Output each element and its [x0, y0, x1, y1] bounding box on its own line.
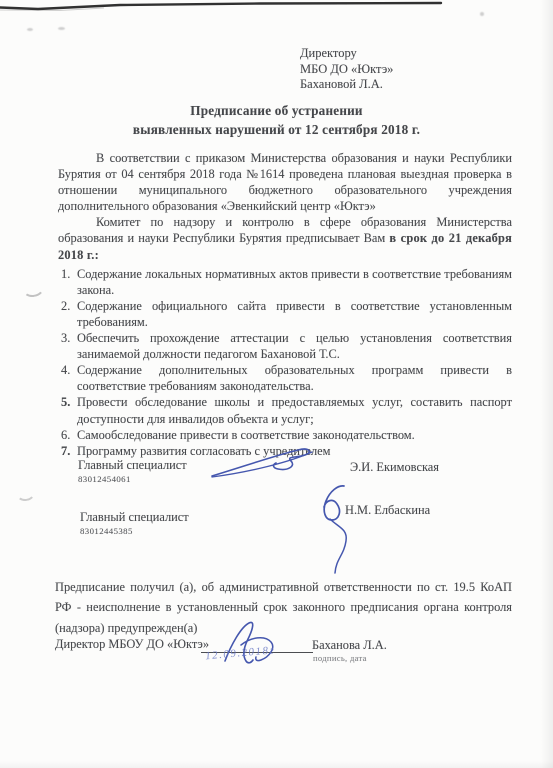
item-number: 4. — [58, 362, 77, 394]
signatory-phone: 83012454061 — [78, 474, 131, 484]
signatory-role: Главный специалист — [78, 458, 187, 473]
item-text: Содержание дополнительных образовательны… — [77, 362, 512, 394]
document-body: В соответствии с приказом Министерства о… — [58, 150, 512, 459]
recipient-line: МБО ДО «Юктэ» — [300, 62, 393, 78]
order-paragraph: Комитет по надзору и контролю в сфере об… — [58, 214, 512, 262]
document-title-line1: Предписание об устранении — [0, 101, 553, 120]
director-label: Директор МБОУ ДО «Юктэ» — [55, 637, 209, 652]
recipient-line: Бахановой Л.А. — [300, 77, 393, 93]
item-text: Самообследование привести в соответствие… — [77, 427, 512, 443]
signatory-phone: 83012445385 — [80, 526, 133, 536]
item-text: Содержание официального сайта привести в… — [77, 298, 512, 330]
intro-paragraph: В соответствии с приказом Министерства о… — [58, 150, 512, 214]
item-number: 5. — [58, 394, 77, 426]
signatory-name: Э.И. Екимовская — [350, 460, 439, 475]
ekimovskaya-signature — [210, 444, 328, 484]
scan-speck — [58, 27, 65, 30]
director-signature-row: Директор МБОУ ДО «Юктэ» Баханова Л.А. по… — [55, 636, 525, 686]
requirement-item: 6. Самообследование привести в соответст… — [58, 427, 512, 443]
signatory-role: Главный специалист — [80, 510, 189, 525]
scan-smudge — [21, 278, 45, 299]
item-text: Провести обследование школы и предоставл… — [77, 394, 512, 426]
signature-block: Главный специалист 83012454061 Э.И. Еким… — [0, 450, 553, 580]
requirement-item: 2. Содержание официального сайта привест… — [58, 298, 512, 330]
recipient-block: Директору МБО ДО «Юктэ» Бахановой Л.А. — [300, 46, 393, 93]
requirement-item: 5. Провести обследование школы и предост… — [58, 394, 512, 426]
requirement-item: 3. Обеспечить прохождение аттестации с ц… — [58, 330, 512, 362]
signature-caption: подпись, дата — [313, 653, 367, 663]
scan-speck — [480, 12, 484, 16]
item-text: Обеспечить прохождение аттестации с цель… — [77, 330, 512, 362]
document-title: Предписание об устранении выявленных нар… — [0, 101, 553, 139]
elbaskina-signature — [308, 483, 360, 579]
item-text: Содержание локальных нормативных актов п… — [77, 266, 512, 298]
item-number: 6. — [58, 427, 77, 443]
requirements-list: 1. Содержание локальных нормативных акто… — [58, 266, 512, 459]
item-number: 3. — [58, 330, 77, 362]
scanned-document-page: Директору МБО ДО «Юктэ» Бахановой Л.А. П… — [0, 0, 553, 768]
signatory-name: Н.М. Елбаскина — [345, 503, 430, 518]
scan-edge-line — [0, 0, 553, 16]
scan-speck — [27, 28, 33, 31]
item-number: 2. — [58, 298, 77, 330]
item-number: 1. — [58, 266, 77, 298]
document-title-line2: выявленных нарушений от 12 сентября 2018… — [0, 120, 553, 139]
requirement-item: 4. Содержание дополнительных образовател… — [58, 362, 512, 394]
recipient-line: Директору — [300, 46, 393, 62]
requirement-item: 1. Содержание локальных нормативных акто… — [58, 266, 512, 298]
director-name: Баханова Л.А. — [312, 638, 387, 653]
